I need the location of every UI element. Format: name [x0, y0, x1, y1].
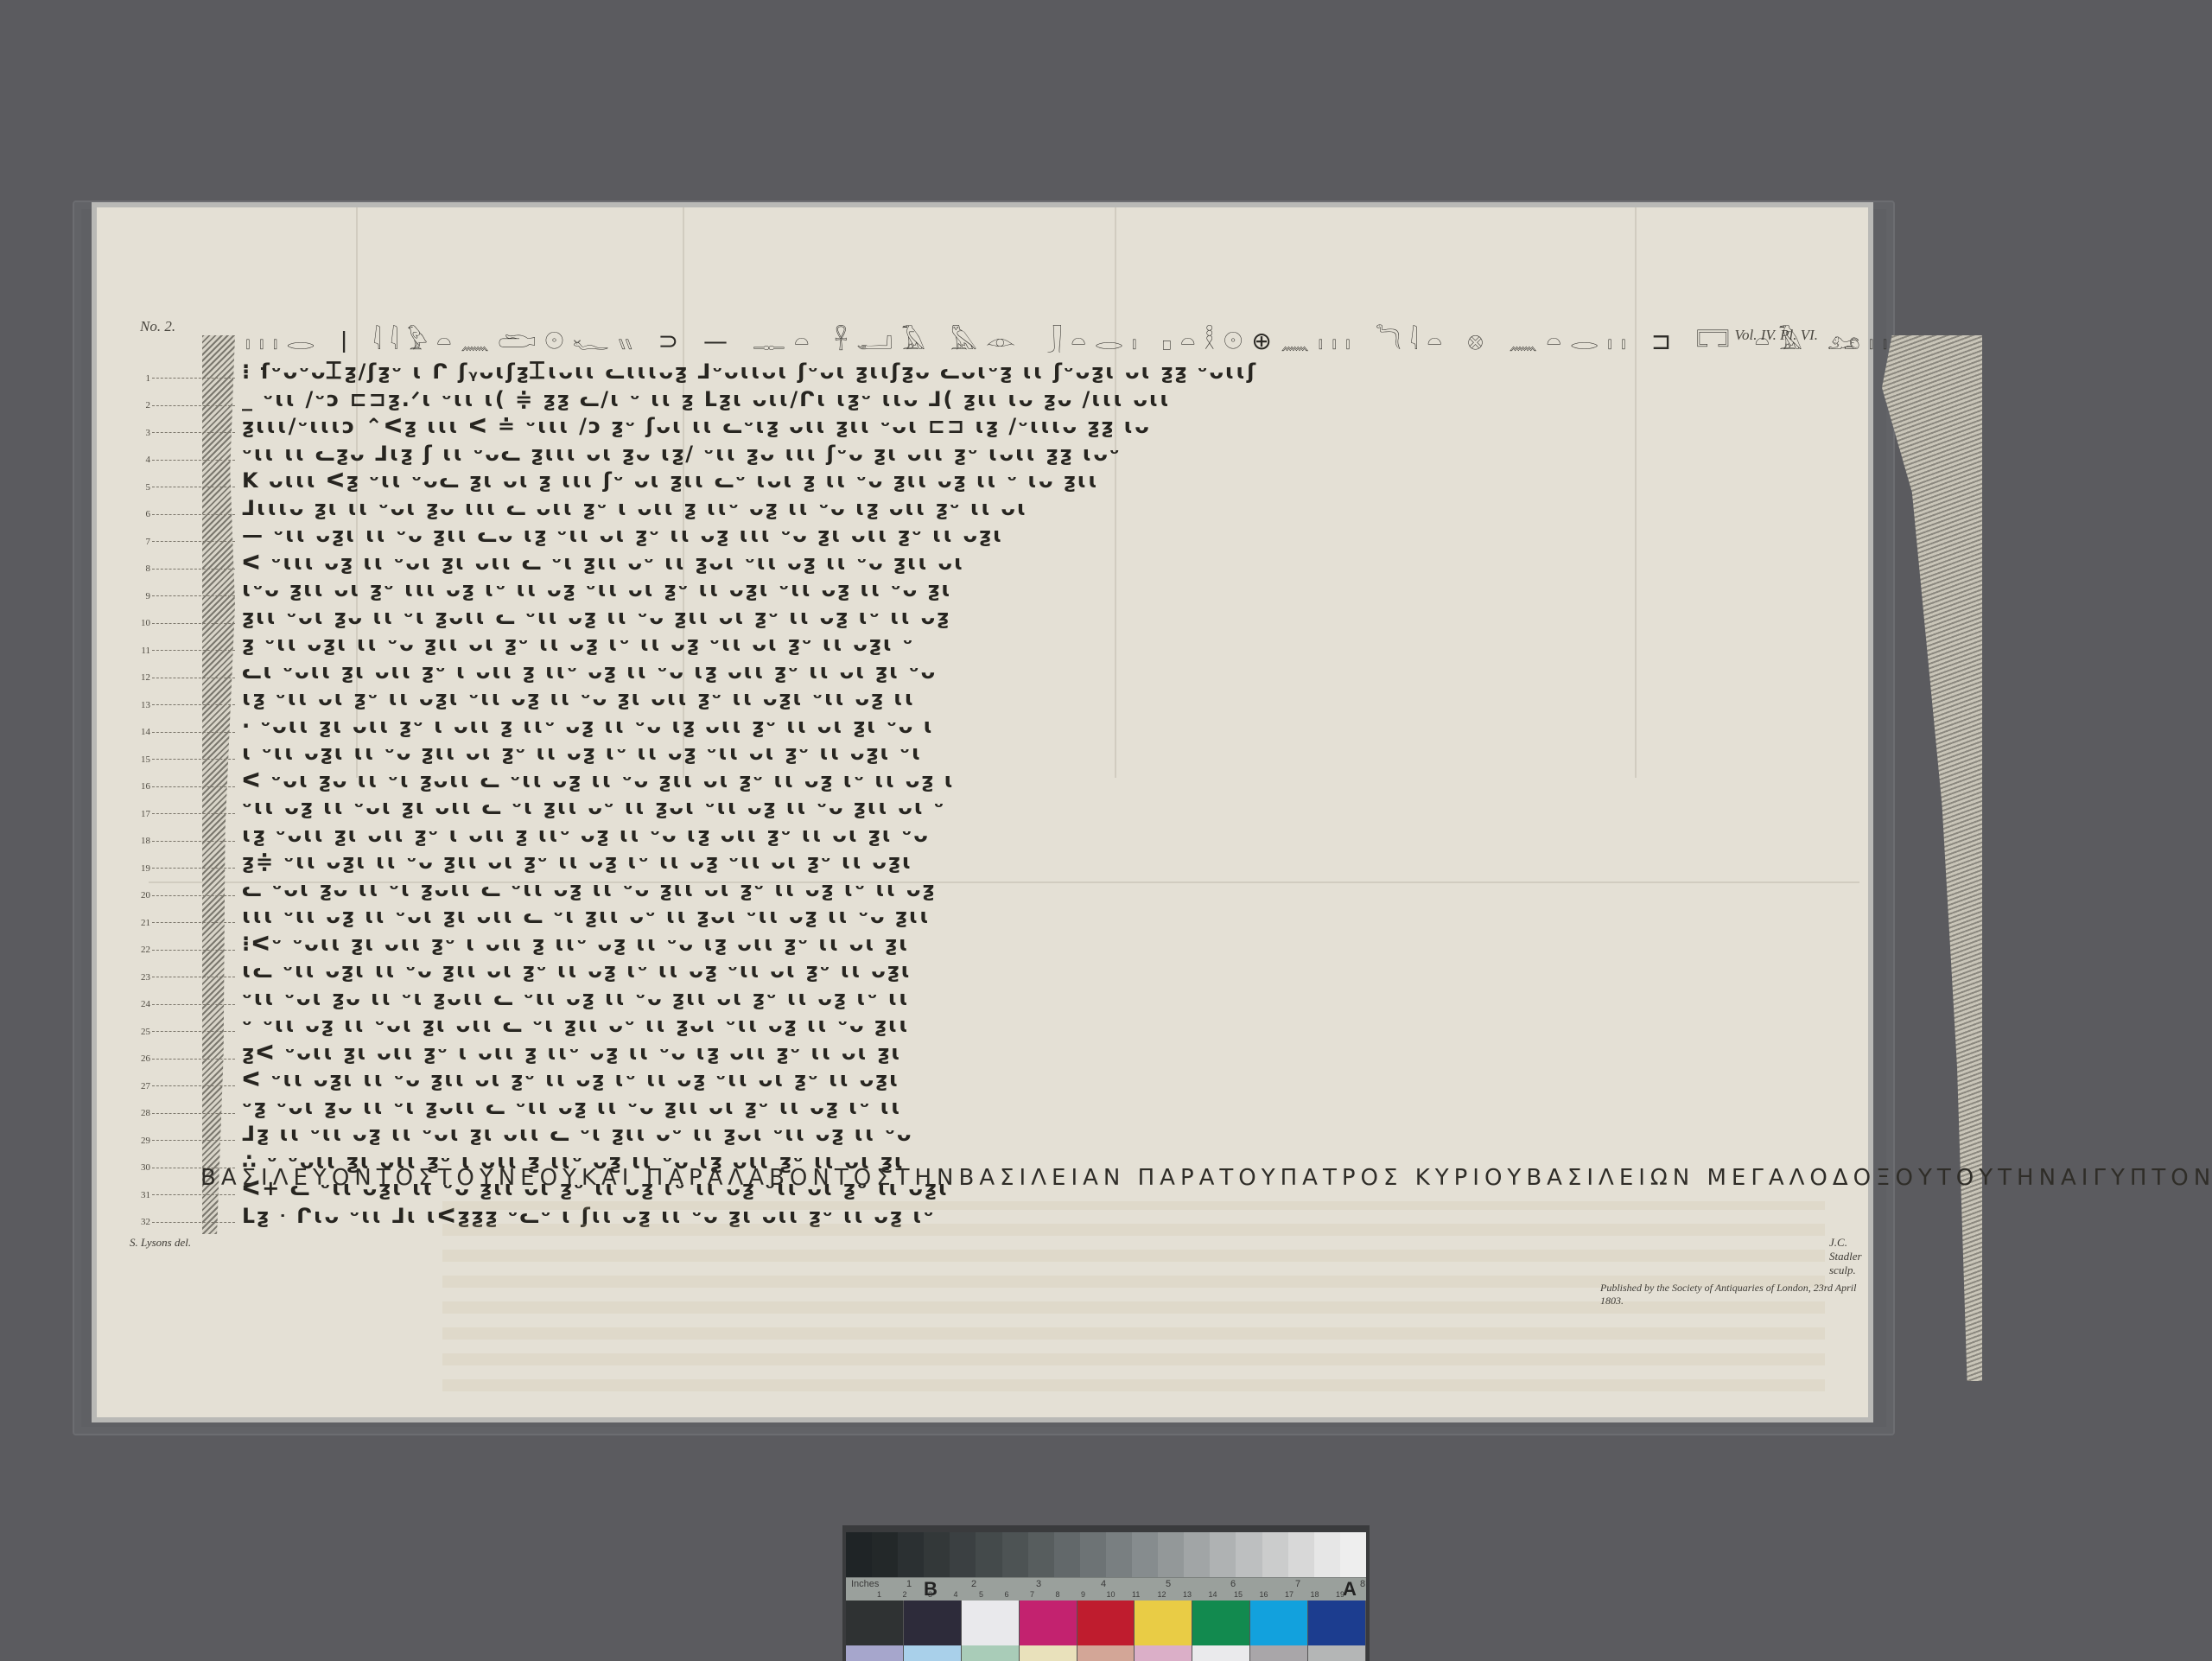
gray-step: [1158, 1532, 1184, 1577]
cm-tick-label: 2: [903, 1590, 907, 1599]
leader-dashes: [152, 950, 235, 951]
line-number: 12: [131, 665, 235, 692]
leader-dashes: [152, 977, 235, 977]
leader-dashes: [152, 1059, 235, 1060]
color-swatch: [846, 1645, 904, 1661]
cm-tick-label: 9: [1081, 1590, 1085, 1599]
inch-tick-label: 1: [906, 1579, 912, 1589]
leader-dashes: [152, 1004, 235, 1005]
leader-dashes: [152, 569, 235, 570]
cm-tick-label: 18: [1311, 1590, 1319, 1599]
demotic-line: ƺ ᵕɩɩ ᴗƺɩ ɩɩ ᵕᴗ ƺɩɩ ᴗɩ ƺᵕ ɩɩ ᴗƺ ɩᵕ ɩɩ ᴗƺ…: [242, 631, 1910, 659]
color-swatches-row-1: [846, 1601, 1366, 1645]
line-number-label: 10: [131, 618, 152, 628]
line-number: 10: [131, 610, 235, 638]
inch-tick-label: 5: [1166, 1579, 1171, 1589]
color-swatch: [1308, 1645, 1366, 1661]
demotic-line: ɩᓚ ᵕɩɩ ᴗƺɩ ɩɩ ᵕᴗ ƺɩɩ ᴗɩ ƺᵕ ɩɩ ᴗƺ ɩᵕ ɩɩ ᴗ…: [242, 958, 1910, 985]
line-number-label: 1: [131, 373, 152, 384]
color-swatch: [1250, 1645, 1308, 1661]
leader-dashes: [152, 487, 235, 487]
gray-step: [950, 1532, 976, 1577]
gray-step: [1288, 1532, 1314, 1577]
cm-tick-label: 7: [1030, 1590, 1034, 1599]
demotic-line: ᵕɩɩ ɩɩ ᓚƺᴗ ᒧɩƺ ʃ ɩɩ ᵕᴗᓚ ƺɩɩɩ ᴗɩ ƺᴗ ɩƺ/ ᵕ…: [242, 441, 1910, 468]
line-number-label: 21: [131, 918, 152, 928]
gray-step: [924, 1532, 950, 1577]
leader-dashes: [152, 841, 235, 842]
cm-tick-label: 16: [1260, 1590, 1268, 1599]
line-number: 16: [131, 773, 235, 801]
line-number: 23: [131, 964, 235, 991]
gray-step: [1236, 1532, 1262, 1577]
demotic-text-block: ⁝ ſᵕᴗᵕᴗ𐊈ƺ/ʃƺᵕ ɩ ᒋ ʃᵧᴗɩʃƺ𐊈ɩᴗɩɩ ᓚɩɩɩᴗƺ ᒧᵕᴗ…: [242, 359, 1910, 1230]
leader-dashes: [152, 732, 235, 733]
leader-dashes: [152, 432, 235, 433]
line-number-label: 12: [131, 672, 152, 683]
color-swatch: [1020, 1645, 1077, 1661]
line-number: 15: [131, 746, 235, 773]
cm-tick-label: 12: [1158, 1590, 1166, 1599]
color-swatches-row-2: [846, 1645, 1366, 1661]
cm-tick-label: 11: [1132, 1590, 1140, 1599]
inch-tick-label: 3: [1036, 1579, 1041, 1589]
demotic-line: ᒧƺ ɩɩ ᵕɩɩ ᴗƺ ɩɩ ᵕᴗɩ ƺɩ ᴗɩɩ ᓚ ᵕɩ ƺɩɩ ᴗᵕ ɩ…: [242, 1121, 1910, 1149]
demotic-line: — ᵕɩɩ ᴗƺɩ ɩɩ ᵕᴗ ƺɩɩ ᓚᴗ ɩƺ ᵕɩɩ ᴗɩ ƺᵕ ɩɩ ᴗ…: [242, 522, 1910, 550]
color-swatch: [904, 1645, 962, 1661]
line-number-label: 3: [131, 428, 152, 438]
engraved-plate: No. 2. Vol. IV. Pl. VI. 𓏤𓏤𓏤𓂋 | 𓇋𓇋𓅱𓏏𓈖𓂧𓇳𓆑𓏭…: [97, 207, 1868, 1417]
draughtsman-credit: S. Lysons del.: [130, 1236, 191, 1250]
greek-translation-line: ΒΑΣΙΛΕΥΟΝΤΟΣΤΟΥΝΕΟΥΚΑΙ ΠΑΡΑΛΑΒΟΝΤΟΣΤΗΝΒΑ…: [200, 1165, 1911, 1191]
color-swatch: [846, 1601, 904, 1645]
cm-tick-label: 4: [954, 1590, 958, 1599]
line-number-label: 15: [131, 754, 152, 765]
demotic-line: ɩᵕᴗ ƺɩɩ ᴗɩ ƺᵕ ɩɩɩ ᴗƺ ɩᵕ ɩɩ ᴗƺ ᵕɩɩ ᴗɩ ƺᵕ …: [242, 576, 1910, 604]
line-number-label: 5: [131, 482, 152, 493]
cm-tick-label: 10: [1107, 1590, 1116, 1599]
cm-tick-label: 3: [928, 1590, 932, 1599]
demotic-line: ᓚ ᵕᴗɩ ƺᴗ ɩɩ ᵕɩ ƺᴗɩɩ ᓚ ᵕɩɩ ᴗƺ ɩɩ ᵕᴗ ƺɩɩ ᴗ…: [242, 876, 1910, 904]
line-number-label: 7: [131, 537, 152, 547]
leader-dashes: [152, 1031, 235, 1032]
gray-step: [1106, 1532, 1132, 1577]
color-swatch: [962, 1645, 1020, 1661]
line-number: 17: [131, 800, 235, 828]
demotic-line: ᐸ ᵕɩɩ ᴗƺɩ ɩɩ ᵕᴗ ƺɩɩ ᴗɩ ƺᵕ ɩɩ ᴗƺ ɩᵕ ɩɩ ᴗƺ…: [242, 1066, 1910, 1094]
marker-a: A: [1343, 1578, 1357, 1601]
line-number-label: 8: [131, 563, 152, 574]
line-number-label: 29: [131, 1136, 152, 1146]
gray-step: [1262, 1532, 1288, 1577]
line-number-label: 13: [131, 700, 152, 710]
inch-tick-label: 8: [1360, 1579, 1365, 1589]
demotic-line: ɩ ᵕɩɩ ᴗƺɩ ɩɩ ᵕᴗ ƺɩɩ ᴗɩ ƺᵕ ɩɩ ᴗƺ ɩᵕ ɩɩ ᴗƺ…: [242, 740, 1910, 767]
publisher-credit: Published by the Society of Antiquaries …: [1600, 1282, 1868, 1308]
demotic-line: _ ᵕɩɩ /ᵕᴐ ⊏⊐ƺ.ᐟɩ ᵕɩɩ ɩ( ≑ ƺƺ ᓚ/ɩ ᵕ ɩɩ ƺ …: [242, 386, 1910, 414]
demotic-line: · ᵕᴗɩɩ ƺɩ ᴗɩɩ ƺᵕ ɩ ᴗɩɩ ƺ ɩɩᵕ ᴗƺ ɩɩ ᵕᴗ ɩƺ…: [242, 713, 1910, 741]
gray-step: [1210, 1532, 1236, 1577]
line-number: 5: [131, 474, 235, 501]
line-number: 11: [131, 637, 235, 665]
color-swatch: [1135, 1601, 1192, 1645]
gray-step: [898, 1532, 924, 1577]
line-number-label: 18: [131, 836, 152, 846]
line-number: 2: [131, 392, 235, 420]
color-swatch: [904, 1601, 962, 1645]
demotic-line: ƺᐸ ᵕᴗɩɩ ƺɩ ᴗɩɩ ƺᵕ ɩ ᴗɩɩ ƺ ɩɩᵕ ᴗƺ ɩɩ ᵕᴗ ɩ…: [242, 1040, 1910, 1067]
color-swatch: [1308, 1601, 1366, 1645]
line-number-label: 22: [131, 945, 152, 955]
gray-step: [1340, 1532, 1366, 1577]
line-number-label: 23: [131, 972, 152, 983]
line-number: 3: [131, 419, 235, 447]
line-number-label: 25: [131, 1027, 152, 1037]
leader-dashes: [152, 678, 235, 678]
line-number-label: 27: [131, 1081, 152, 1091]
demotic-line: ɩɩɩ ᵕɩɩ ᴗƺ ɩɩ ᵕᴗɩ ƺɩ ᴗɩɩ ᓚ ᵕɩ ƺɩɩ ᴗᵕ ɩɩ …: [242, 903, 1910, 931]
line-number: 8: [131, 556, 235, 583]
inch-tick-label: 6: [1230, 1579, 1236, 1589]
line-number-label: 11: [131, 646, 152, 656]
cm-tick-label: 15: [1234, 1590, 1243, 1599]
cm-tick-label: 5: [979, 1590, 983, 1599]
line-number-label: 4: [131, 455, 152, 465]
gray-step: [1080, 1532, 1106, 1577]
line-number-label: 16: [131, 781, 152, 792]
plate-number: No. 2.: [140, 318, 175, 335]
gray-step: [872, 1532, 898, 1577]
line-number-label: 6: [131, 509, 152, 519]
line-number: 22: [131, 937, 235, 964]
line-number-label: 2: [131, 400, 152, 410]
line-number: 7: [131, 528, 235, 556]
grayscale-strip: [846, 1532, 1366, 1577]
cm-tick-label: 6: [1005, 1590, 1009, 1599]
color-swatch: [1020, 1601, 1077, 1645]
demotic-line: K ᴗɩɩɩ ᐸƺ ᵕɩɩ ᵕᴗᓚ ƺɩ ᴗɩ ƺ ɩɩɩ ʃᵕ ᴗɩ ƺɩɩ …: [242, 468, 1910, 495]
leader-dashes: [152, 460, 235, 461]
line-number-label: 20: [131, 890, 152, 901]
line-number: 1: [131, 365, 235, 392]
demotic-line: ᵕƺ ᵕᴗɩ ƺᴗ ɩɩ ᵕɩ ƺᴗɩɩ ᓚ ᵕɩɩ ᴗƺ ɩɩ ᵕᴗ ƺɩɩ …: [242, 1094, 1910, 1122]
line-number: 4: [131, 447, 235, 474]
line-number-label: 17: [131, 809, 152, 819]
leader-dashes: [152, 1140, 235, 1141]
gray-step: [1028, 1532, 1054, 1577]
leader-dashes: [152, 922, 235, 923]
demotic-line: ᵕ ᵕɩɩ ᴗƺ ɩɩ ᵕᴗɩ ƺɩ ᴗɩɩ ᓚ ᵕɩ ƺɩɩ ᴗᵕ ɩɩ ƺᴗ…: [242, 1012, 1910, 1040]
demotic-line: ᵕɩɩ ᴗƺ ɩɩ ᵕᴗɩ ƺɩ ᴗɩɩ ᓚ ᵕɩ ƺɩɩ ᴗᵕ ɩɩ ƺᴗɩ …: [242, 794, 1910, 822]
gray-step: [846, 1532, 872, 1577]
line-number-label: 28: [131, 1108, 152, 1118]
leader-dashes: [152, 759, 235, 760]
inch-tick-label: 7: [1295, 1579, 1300, 1589]
demotic-line: ƺ≑ ᵕɩɩ ᴗƺɩ ɩɩ ᵕᴗ ƺɩɩ ᴗɩ ƺᵕ ɩɩ ᴗƺ ɩᵕ ɩɩ ᴗ…: [242, 849, 1910, 876]
line-number: 27: [131, 1072, 235, 1100]
demotic-line: ᓚɩ ᵕᴗɩɩ ƺɩ ᴗɩɩ ƺᵕ ɩ ᴗɩɩ ƺ ɩɩᵕ ᴗƺ ɩɩ ᵕᴗ ɩ…: [242, 659, 1910, 686]
line-number: 28: [131, 1100, 235, 1128]
gray-step: [976, 1532, 1001, 1577]
ruler-unit-label: Inches: [851, 1579, 879, 1589]
leader-dashes: [152, 595, 235, 596]
gray-step: [1132, 1532, 1158, 1577]
leader-dashes: [152, 378, 235, 379]
hieroglyph-header-line: 𓏤𓏤𓏤𓂋 | 𓇋𓇋𓅱𓏏𓈖𓂧𓇳𓆑𓏭 ⊃ — 𓊃𓏏 𓋹𓂝𓄿 𓅓𓁹 𓃀𓏏𓂋𓏤 𓊪𓏏𓎛𓇳…: [245, 318, 1922, 353]
demotic-line: ƺɩɩɩ/ᵕɩɩɩᴐ ⌃ᐸƺ ɩɩɩ ᐸ ≐ ᵕɩɩɩ /ᴐ ƺᵕ ʃᴗɩ ɩɩ…: [242, 413, 1910, 441]
demotic-line: ᐸ ᵕɩɩɩ ᴗƺ ɩɩ ᵕᴗɩ ƺɩ ᴗɩɩ ᓚ ᵕɩ ƺɩɩ ᴗᵕ ɩɩ ƺ…: [242, 550, 1910, 577]
line-number-label: 24: [131, 999, 152, 1009]
line-number: 13: [131, 691, 235, 719]
cm-tick-label: 19: [1336, 1590, 1344, 1599]
line-number: 18: [131, 828, 235, 856]
line-number-label: 31: [131, 1190, 152, 1200]
leader-dashes: [152, 704, 235, 705]
leader-dashes: [152, 650, 235, 651]
line-number: 19: [131, 855, 235, 882]
leader-dashes: [152, 623, 235, 624]
line-number-label: 9: [131, 591, 152, 601]
cm-tick-label: 17: [1285, 1590, 1294, 1599]
line-number: 6: [131, 501, 235, 529]
gray-step: [1314, 1532, 1340, 1577]
demotic-line: ɩƺ ᵕᴗɩɩ ƺɩ ᴗɩɩ ƺᵕ ɩ ᴗɩɩ ƺ ɩɩᵕ ᴗƺ ɩɩ ᵕᴗ ɩ…: [242, 822, 1910, 850]
line-number: 21: [131, 909, 235, 937]
color-swatch: [1250, 1601, 1308, 1645]
inch-ruler: Inches B A 12345678123456789101112131415…: [846, 1577, 1366, 1601]
demotic-line: ƺɩɩ ᵕᴗɩ ƺᴗ ɩɩ ᵕɩ ƺᴗɩɩ ᓚ ᵕɩɩ ᴗƺ ɩɩ ᵕᴗ ƺɩɩ…: [242, 604, 1910, 632]
cm-tick-label: 8: [1056, 1590, 1060, 1599]
inch-tick-label: 4: [1101, 1579, 1106, 1589]
gray-step: [1054, 1532, 1080, 1577]
line-number: 26: [131, 1046, 235, 1073]
line-number-label: 26: [131, 1053, 152, 1064]
leader-dashes: [152, 1222, 235, 1223]
line-number-label: 30: [131, 1162, 152, 1173]
line-number: 9: [131, 582, 235, 610]
leader-dashes: [152, 895, 235, 896]
cm-tick-label: 13: [1183, 1590, 1192, 1599]
line-number-label: 14: [131, 727, 152, 737]
color-swatch: [1192, 1601, 1250, 1645]
line-number-gutter: 1234567891011121314151617181920212223242…: [131, 365, 235, 1236]
line-number: 24: [131, 991, 235, 1019]
line-number: 29: [131, 1127, 235, 1155]
leader-dashes: [152, 786, 235, 787]
leader-dashes: [152, 813, 235, 814]
demotic-line: ɩƺ ᵕɩɩ ᴗɩ ƺᵕ ɩɩ ᴗƺɩ ᵕɩɩ ᴗƺ ɩɩ ᵕᴗ ƺɩ ᴗɩɩ …: [242, 685, 1910, 713]
line-number: 14: [131, 719, 235, 747]
leader-dashes: [152, 868, 235, 869]
leader-dashes: [152, 1194, 235, 1195]
leader-dashes: [152, 514, 235, 515]
color-swatch: [962, 1601, 1020, 1645]
leader-dashes: [152, 541, 235, 542]
demotic-line: ᵕɩɩ ᵕᴗɩ ƺᴗ ɩɩ ᵕɩ ƺᴗɩɩ ᓚ ᵕɩɩ ᴗƺ ɩɩ ᵕᴗ ƺɩɩ…: [242, 985, 1910, 1013]
color-swatch: [1135, 1645, 1192, 1661]
cm-tick-label: 14: [1209, 1590, 1217, 1599]
gray-step: [1002, 1532, 1028, 1577]
gray-step: [1184, 1532, 1210, 1577]
color-swatch: [1077, 1645, 1135, 1661]
engraver-credit: J.C. Stadler sculp.: [1829, 1236, 1868, 1277]
color-calibration-card: Inches B A 12345678123456789101112131415…: [842, 1525, 1370, 1661]
color-swatch: [1077, 1601, 1135, 1645]
demotic-line: ⁝ ſᵕᴗᵕᴗ𐊈ƺ/ʃƺᵕ ɩ ᒋ ʃᵧᴗɩʃƺ𐊈ɩᴗɩɩ ᓚɩɩɩᴗƺ ᒧᵕᴗ…: [242, 359, 1910, 386]
demotic-line: ⁝ᐸᵕ ᵕᴗɩɩ ƺɩ ᴗɩɩ ƺᵕ ɩ ᴗɩɩ ƺ ɩɩᵕ ᴗƺ ɩɩ ᵕᴗ …: [242, 931, 1910, 958]
leader-dashes: [152, 1113, 235, 1114]
line-number-label: 19: [131, 863, 152, 874]
line-number-label: 32: [131, 1217, 152, 1227]
demotic-line: ᒧɩɩɩᴗ ƺɩ ɩɩ ᵕᴗɩ ƺᴗ ɩɩɩ ᓚ ᴗɩɩ ƺᵕ ɩ ᴗɩɩ ƺ …: [242, 495, 1910, 523]
inch-tick-label: 2: [971, 1579, 976, 1589]
leader-dashes: [152, 1085, 235, 1086]
line-number: 20: [131, 882, 235, 910]
demotic-line: ᐸ ᵕᴗɩ ƺᴗ ɩɩ ᵕɩ ƺᴗɩɩ ᓚ ᵕɩɩ ᴗƺ ɩɩ ᵕᴗ ƺɩɩ ᴗ…: [242, 767, 1910, 795]
line-number: 32: [131, 1209, 235, 1237]
line-number: 25: [131, 1018, 235, 1046]
color-swatch: [1192, 1645, 1250, 1661]
cm-tick-label: 1: [877, 1590, 881, 1599]
leader-dashes: [152, 405, 235, 406]
